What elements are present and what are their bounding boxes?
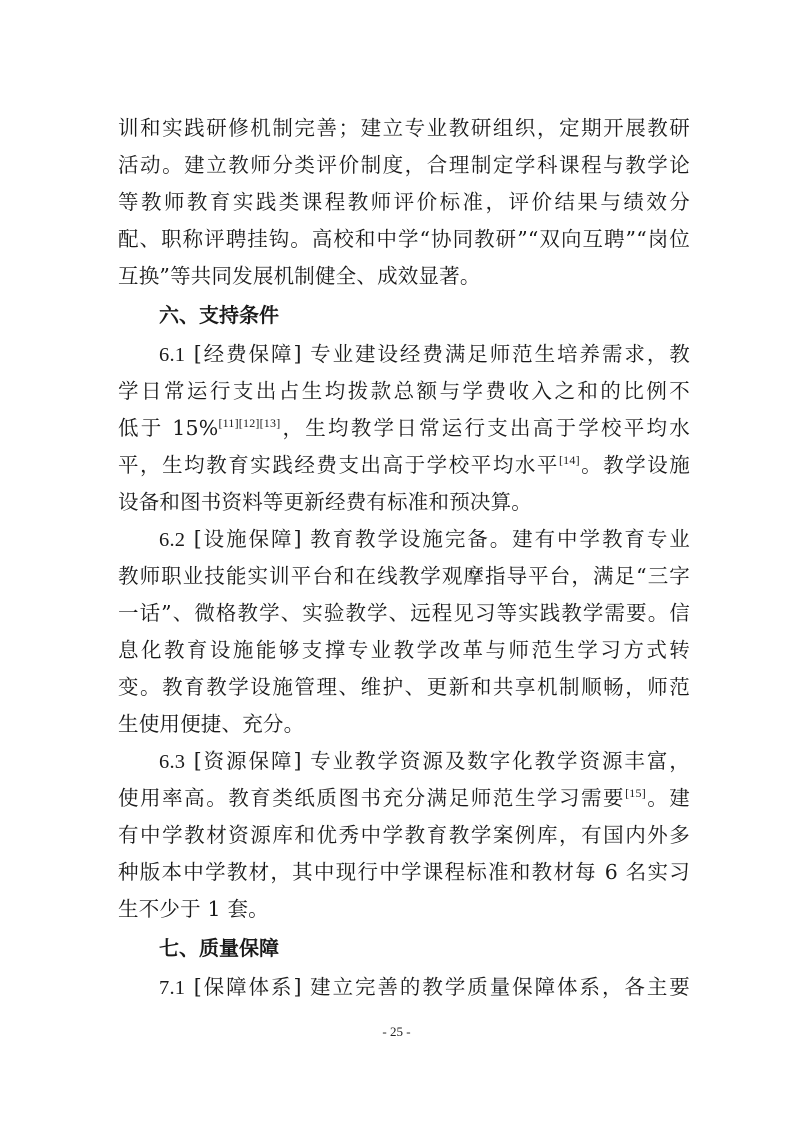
text-span: 。建 [646, 786, 690, 810]
intro-paragraph: 训和实践研修机制完善；建立专业教研组织，定期开展教研 活动。建立教师分类评价制度… [118, 110, 690, 295]
document-page: 训和实践研修机制完善；建立专业教研组织，定期开展教研 活动。建立教师分类评价制度… [0, 0, 793, 1122]
text-line: 6.2 [设施保障] 教育教学设施完备。建有中学教育专业 [118, 521, 690, 558]
text-line: 互换”等共同发展机制健全、成效显著。 [118, 258, 690, 295]
text-line: 活动。建立教师分类评价制度，合理制定学科课程与教学论 [118, 147, 690, 184]
text-line: 生使用便捷、充分。 [118, 706, 690, 743]
clause-text: 专业教学资源及数字化教学资源丰富， [302, 749, 690, 773]
page-number: - 25 - [0, 1024, 793, 1040]
text-line: 等教师教育实践类课程教师评价标准，评价结果与绩效分 [118, 184, 690, 221]
text-line: 生不少于 1 套。 [118, 891, 690, 928]
clause-number: 7.1 [159, 977, 185, 999]
citation-ref: [11][12][13] [218, 416, 280, 430]
clause-tag: [设施保障] [194, 527, 302, 551]
clause-tag: [资源保障] [194, 749, 302, 773]
text-line: 教师职业技能实训平台和在线教学观摩指导平台，满足“三字 [118, 558, 690, 595]
citation-ref: [15] [625, 786, 646, 800]
text-span: ，生均教学日常运行支出高于学校平均水 [280, 416, 690, 440]
text-line: 种版本中学教材，其中现行中学课程标准和教材每 6 名实习 [118, 854, 690, 891]
text-span: 低于 15% [118, 416, 218, 440]
text-span: 。教学设施 [580, 453, 690, 477]
text-line: 一话”、微格教学、实验教学、远程见习等实践教学需要。信 [118, 595, 690, 632]
text-line: 平，生均教育实践经费支出高于学校平均水平[14]。教学设施 [118, 447, 690, 484]
clause-6-2: 6.2 [设施保障] 教育教学设施完备。建有中学教育专业 教师职业技能实训平台和… [118, 521, 690, 743]
text-line: 息化教育设施能够支撑专业教学改革与师范生学习方式转 [118, 632, 690, 669]
text-line: 有中学教材资源库和优秀中学教育教学案例库，有国内外多 [118, 817, 690, 854]
text-line: 设备和图书资料等更新经费有标准和预决算。 [118, 484, 690, 521]
clause-7-1: 7.1 [保障体系] 建立完善的教学质量保障体系，各主要 [118, 969, 690, 1006]
clause-text: 专业建设经费满足师范生培养需求，教 [302, 342, 690, 366]
clause-text: 教育教学设施完备。建有中学教育专业 [302, 527, 690, 551]
clause-tag: [经费保障] [194, 342, 302, 366]
clause-number: 6.3 [159, 751, 185, 773]
text-line: 配、职称评聘挂钩。高校和中学“协同教研”“双向互聘”“岗位 [118, 221, 690, 258]
text-line: 7.1 [保障体系] 建立完善的教学质量保障体系，各主要 [118, 969, 690, 1006]
text-line: 变。教育教学设施管理、维护、更新和共享机制顺畅，师范 [118, 669, 690, 706]
text-line: 使用率高。教育类纸质图书充分满足师范生学习需要[15]。建 [118, 780, 690, 817]
clause-6-3: 6.3 [资源保障] 专业教学资源及数字化教学资源丰富， 使用率高。教育类纸质图… [118, 743, 690, 928]
text-line: 6.1 [经费保障] 专业建设经费满足师范生培养需求，教 [118, 336, 690, 373]
clause-tag: [保障体系] [194, 975, 302, 999]
page-body: 训和实践研修机制完善；建立专业教研组织，定期开展教研 活动。建立教师分类评价制度… [118, 110, 690, 1006]
section-heading-6: 六、支持条件 [118, 295, 690, 336]
text-line: 学日常运行支出占生均拨款总额与学费收入之和的比例不 [118, 373, 690, 410]
clause-text: 建立完善的教学质量保障体系，各主要 [302, 975, 690, 999]
text-span: 平，生均教育实践经费支出高于学校平均水平 [118, 453, 559, 477]
clause-number: 6.1 [159, 344, 185, 366]
clause-number: 6.2 [159, 529, 185, 551]
text-line: 6.3 [资源保障] 专业教学资源及数字化教学资源丰富， [118, 743, 690, 780]
citation-ref: [14] [559, 453, 580, 467]
text-line: 低于 15%[11][12][13]，生均教学日常运行支出高于学校平均水 [118, 410, 690, 447]
section-heading-7: 七、质量保障 [118, 928, 690, 969]
text-span: 使用率高。教育类纸质图书充分满足师范生学习需要 [118, 786, 625, 810]
text-line: 训和实践研修机制完善；建立专业教研组织，定期开展教研 [118, 110, 690, 147]
clause-6-1: 6.1 [经费保障] 专业建设经费满足师范生培养需求，教 学日常运行支出占生均拨… [118, 336, 690, 521]
